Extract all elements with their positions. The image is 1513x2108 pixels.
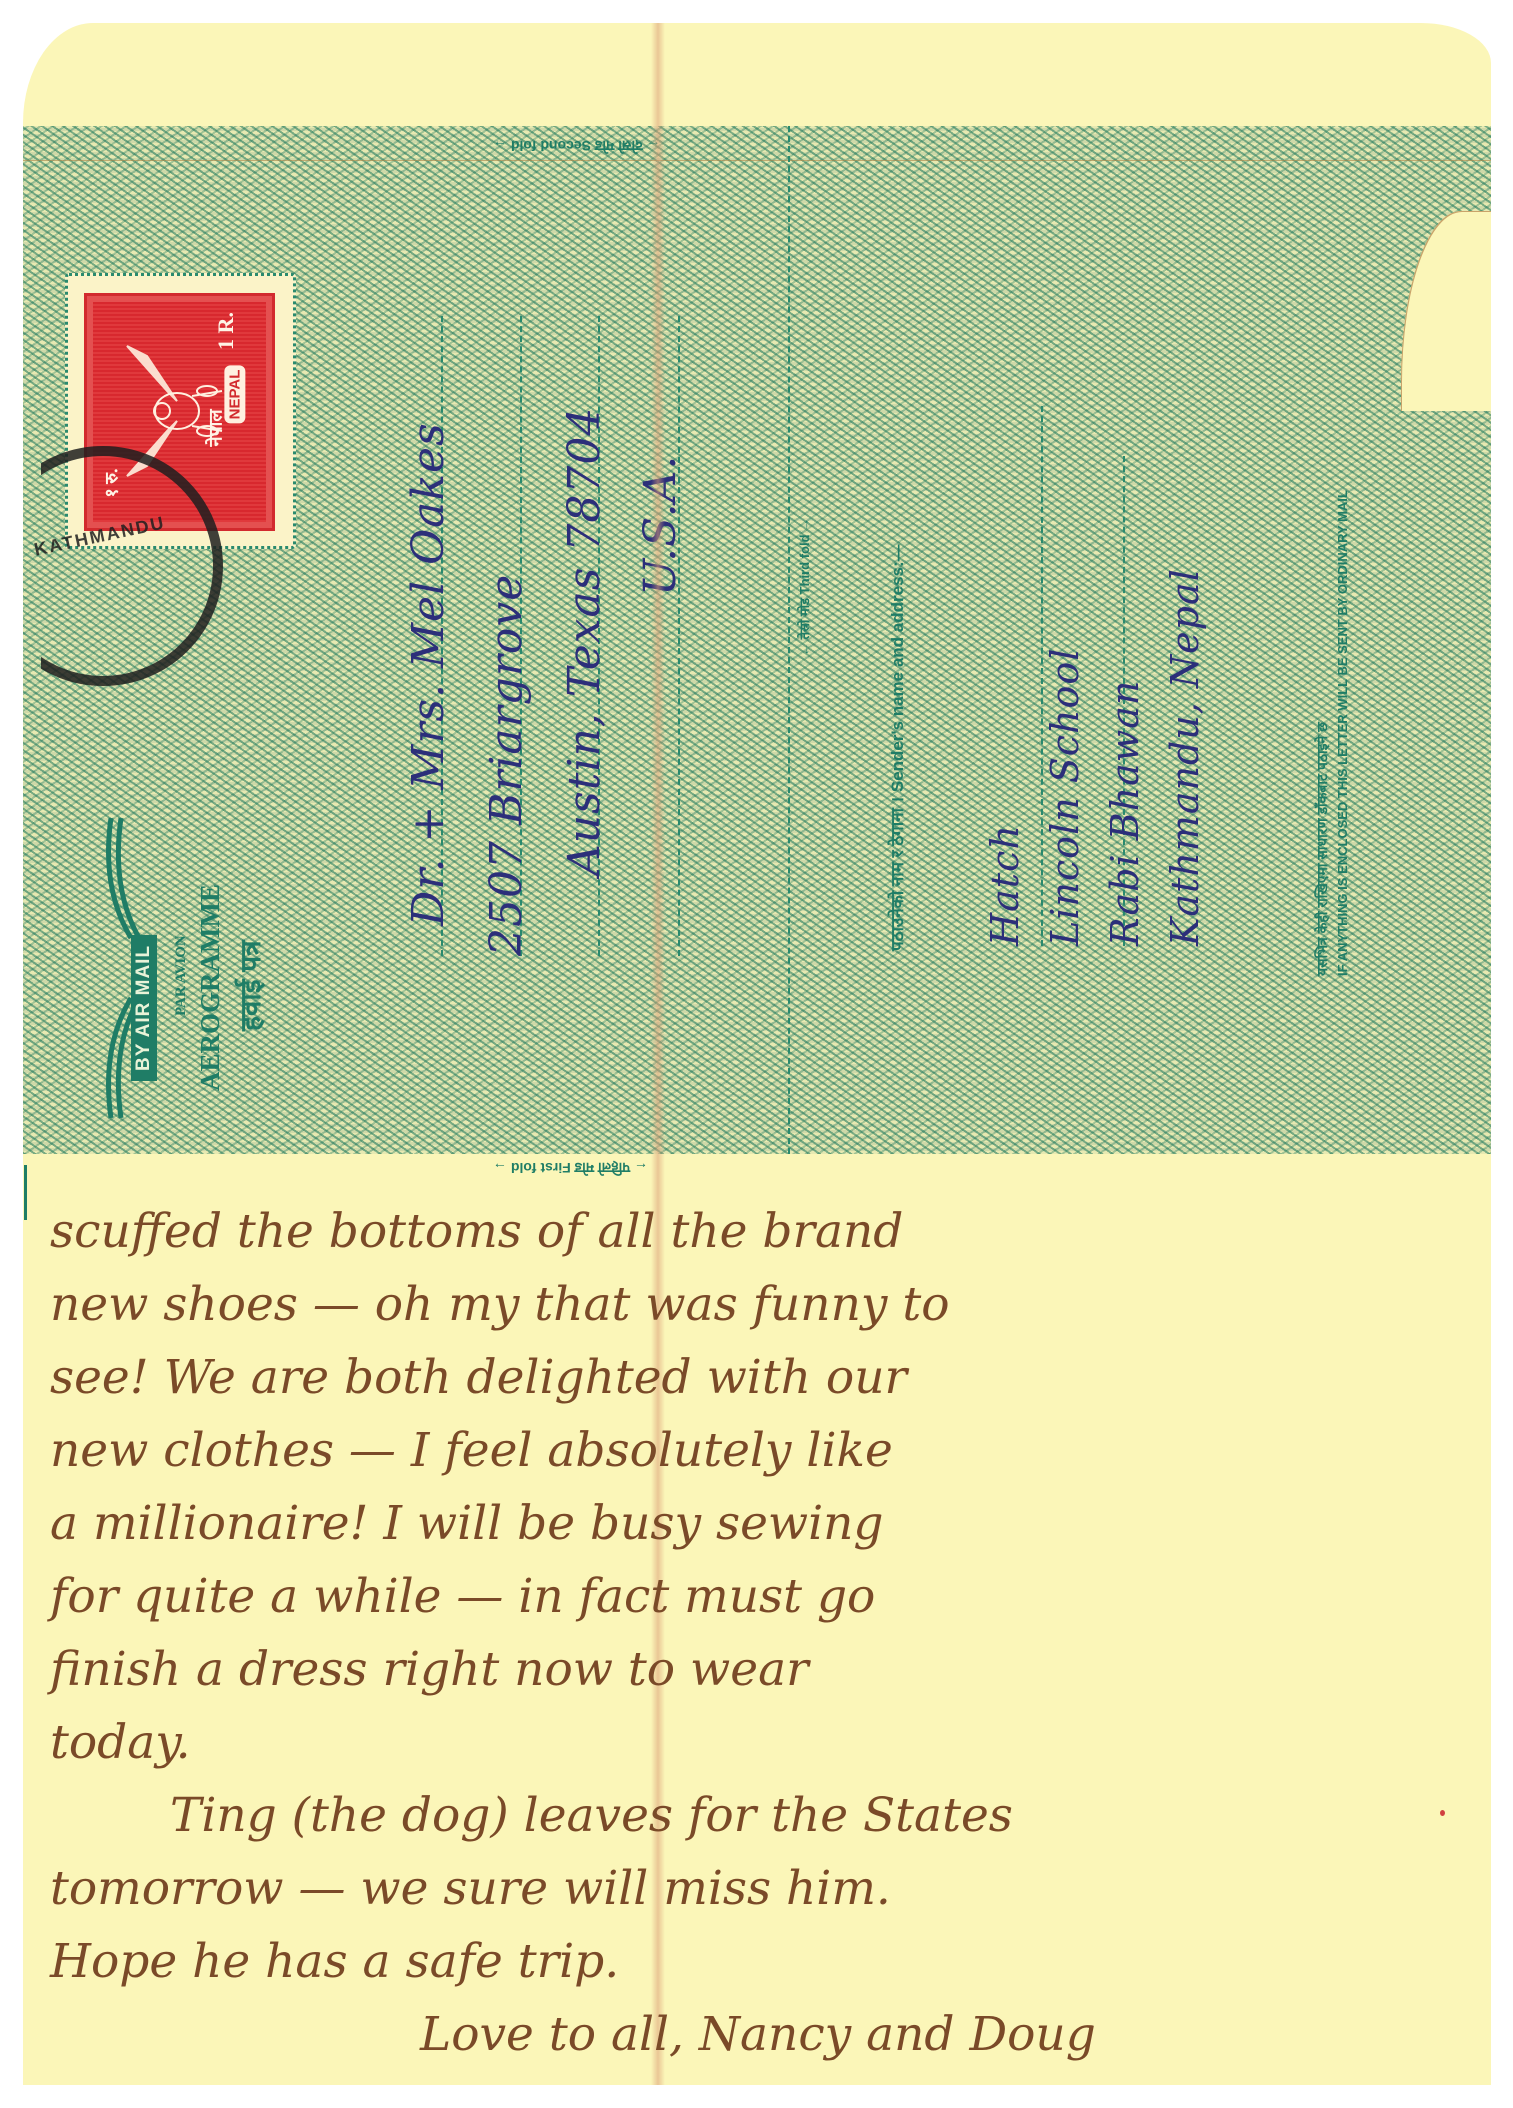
address-panel: ← दोस्रो मोड Second fold → ← तेस्रो मोड … — [23, 126, 1491, 1154]
ink-spot — [1440, 1810, 1445, 1816]
recipient-line: Dr. + Mrs. Mel Oakes — [403, 422, 454, 926]
warning-devanagari: यसभित्र केही राखिएमा साधारण डाँकबाट पठाइ… — [1313, 722, 1332, 976]
sender-line: Rabi Bhawan — [1103, 680, 1147, 946]
par-avion-label: PAR AVION — [173, 935, 190, 1016]
airmail-badge: BY AIR MAIL — [131, 935, 157, 1081]
postmark-circle — [0, 446, 223, 686]
stamp-country: NEPAL — [225, 366, 246, 424]
margin-mark — [24, 1165, 27, 1220]
letter-line: new clothes — I feel absolutely like — [50, 1414, 1470, 1487]
recipient-line: Austin, Texas 78704 — [559, 407, 610, 876]
letter-body: scuffed the bottoms of all the brand new… — [50, 1195, 1470, 2071]
third-fold-label: ← तेस्रो मोड Third fold → — [795, 518, 813, 656]
sender-line: Hatch — [983, 824, 1027, 946]
warning-english: IF ANYTHING IS ENCLOSED THIS LETTER WILL… — [1335, 490, 1350, 976]
letter-line: Hope he has a safe trip. — [50, 1925, 1470, 1998]
sender-line: Lincoln School — [1043, 648, 1087, 946]
second-fold-label: ← दोस्रो मोड Second fold → — [493, 136, 660, 155]
fold-crease — [23, 160, 1491, 161]
letter-line: finish a dress right now to wear — [50, 1633, 1470, 1706]
aerogramme-title: AEROGRAMME — [195, 884, 226, 1091]
stamp-value: 1 R. — [213, 312, 239, 350]
recipient-line: 2507 Briargrove — [481, 574, 532, 956]
letter-line: for quite a while — in fact must go — [50, 1560, 1470, 1633]
letter-line: new shoes — oh my that was funny to — [50, 1268, 1470, 1341]
letter-line: tomorrow — we sure will miss him. — [50, 1852, 1470, 1925]
letter-line: Ting (the dog) leaves for the States — [50, 1779, 1470, 1852]
letter-line: a millionaire! I will be busy sewing — [50, 1487, 1470, 1560]
first-fold-label: ← पहिलो मोड First fold → — [493, 1158, 648, 1177]
sealing-tab-cutout — [1401, 211, 1491, 411]
letter-closing: Love to all, Nancy and Doug — [50, 1998, 1470, 2071]
sender-address-label: पठाउनेको नाम र ठेगाना । Sender's name an… — [885, 544, 908, 951]
letter-line: today. — [50, 1706, 1470, 1779]
sender-line: Kathmandu, Nepal — [1163, 568, 1207, 946]
address-guide-line — [678, 316, 680, 956]
aerogramme-title-devanagari: हवाई पत्र — [231, 940, 269, 1031]
letter-line: see! We are both delighted with our — [50, 1341, 1470, 1414]
third-fold-line — [788, 126, 790, 1154]
letter-line: scuffed the bottoms of all the brand — [50, 1195, 1470, 1268]
